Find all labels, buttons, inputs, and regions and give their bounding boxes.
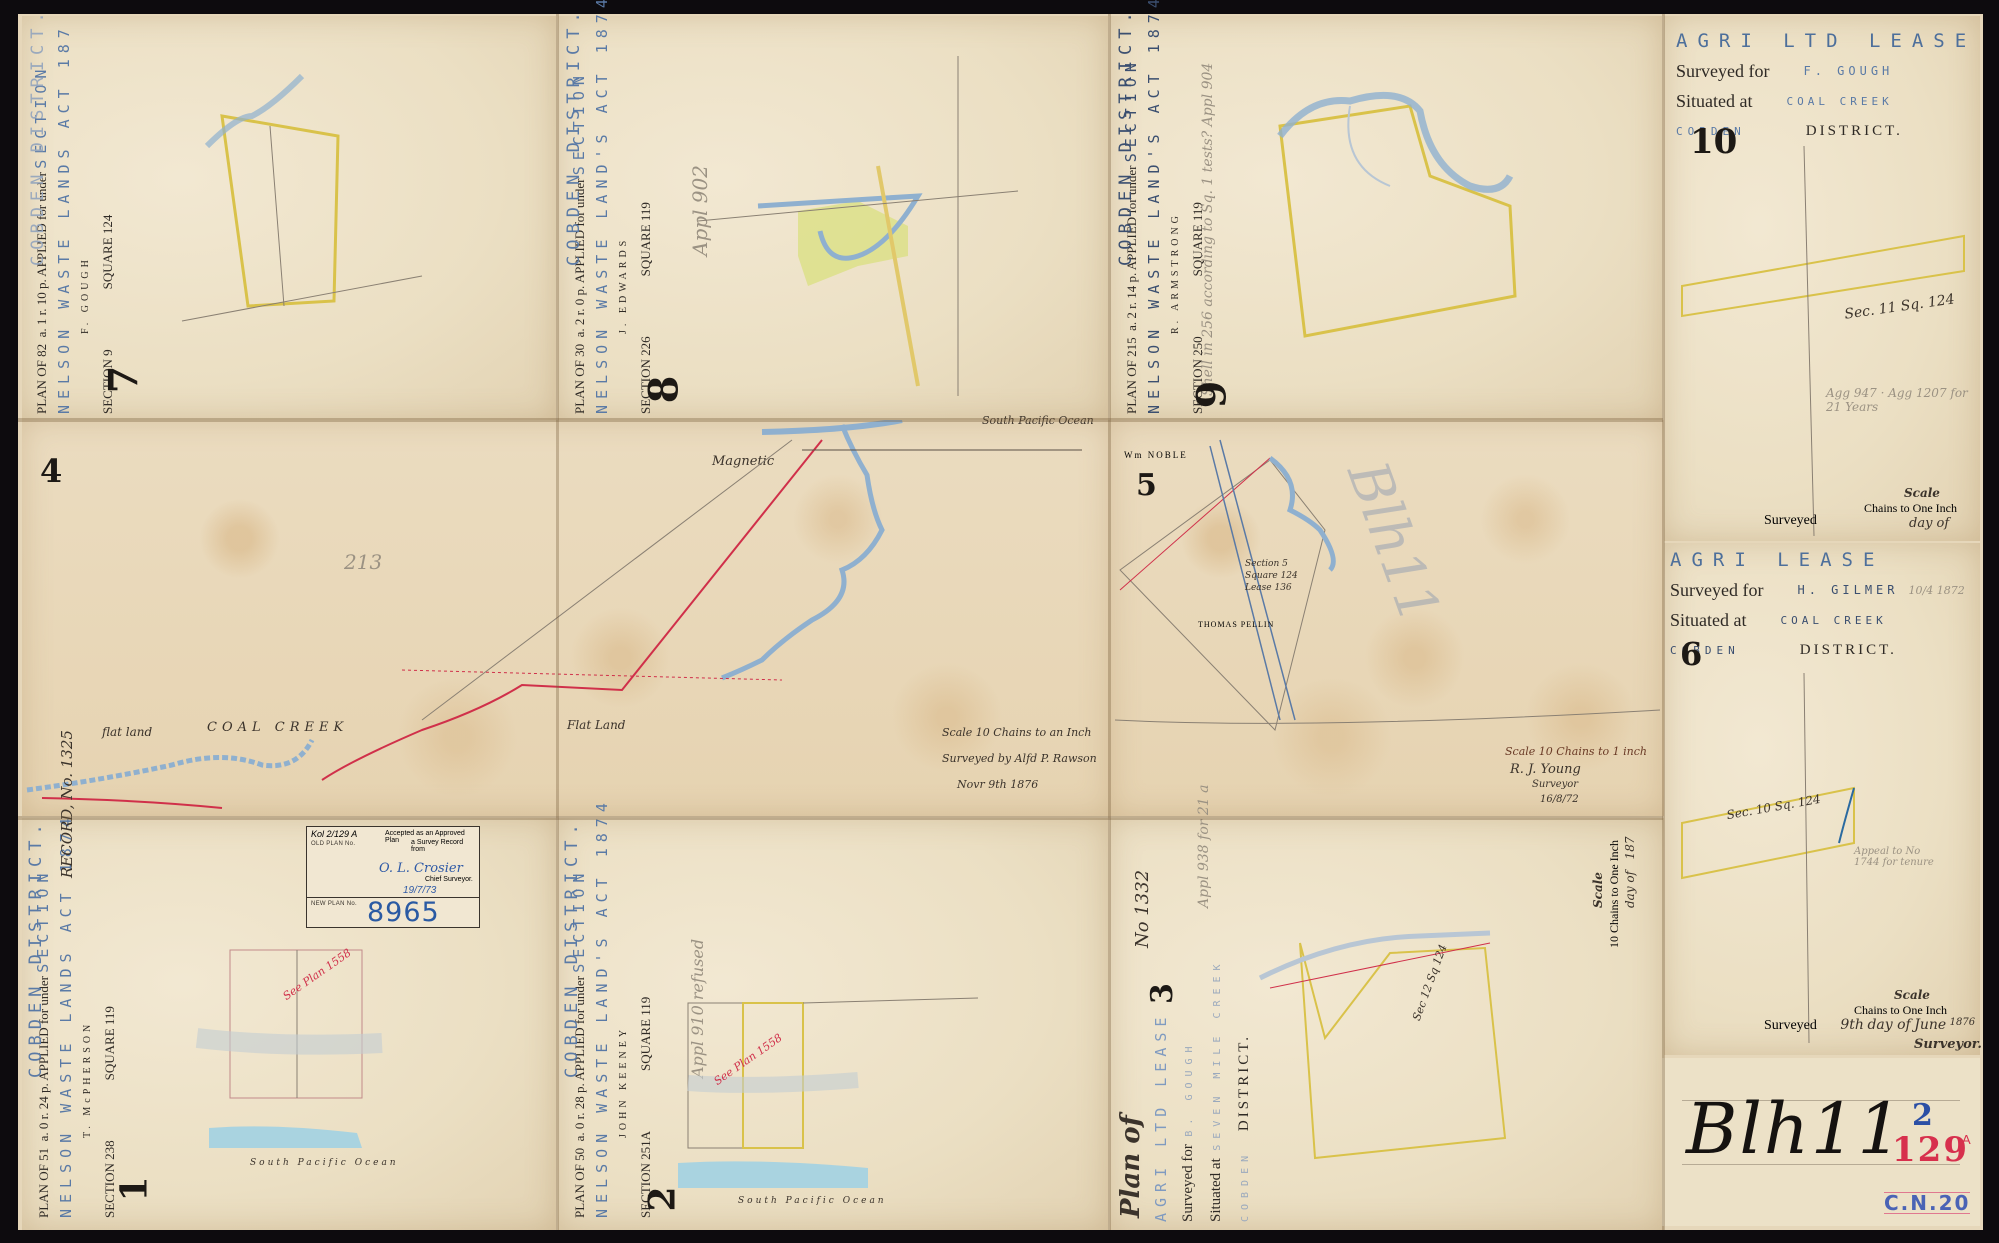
sheet-3-scale: Scale 10 Chains to One Inch day of 187 bbox=[1590, 837, 1638, 948]
sheet-2: PLAN OF 50 a. 0 r. 28 p. APPLIED for und… bbox=[558, 818, 1108, 1230]
sheet-3: No 1332 Plan of AGRI LTD LEASE Surveyed … bbox=[1110, 818, 1664, 1230]
fold-line bbox=[18, 816, 1663, 820]
sheet-2-ocean: South Pacific Ocean bbox=[738, 1196, 887, 1206]
sheet-10-plot bbox=[1664, 16, 1980, 541]
sheet-6-year: 1876 bbox=[1950, 1017, 1975, 1028]
sheet-10-scale-text: Chains to One Inch bbox=[1864, 501, 1957, 515]
sheet-2-plot bbox=[558, 818, 1108, 1230]
fold-line bbox=[556, 14, 559, 1230]
sheet-6-scale-text: Chains to One Inch bbox=[1854, 1003, 1947, 1017]
catalogue-suffix: A bbox=[1962, 1132, 1971, 1147]
acceptance-date: 19/7/73 bbox=[403, 885, 436, 896]
sheet-6-plot bbox=[1664, 543, 1980, 1055]
sheet-4-date: Novr 9th 1876 bbox=[942, 772, 1097, 798]
sheet-5-date: 16/8/72 bbox=[1510, 792, 1581, 807]
catalogue-main-code: Blh11 bbox=[1686, 1088, 1904, 1170]
catalogue-number-bottom: 129 bbox=[1892, 1130, 1969, 1170]
accepted-text-2: a Survey Record from bbox=[411, 839, 479, 853]
sheet-10-pencil-note: Agg 947 · Agg 1207 for 21 Years bbox=[1826, 386, 1980, 414]
sheet-1-ocean: South Pacific Ocean bbox=[250, 1158, 399, 1168]
sheet-8-plot bbox=[558, 16, 1108, 420]
fold-line bbox=[1108, 14, 1111, 1230]
sheet-10-scale: ScaleChains to One Inch bbox=[1864, 486, 1957, 516]
sheet-6-day-of: day of bbox=[1867, 1017, 1910, 1033]
sheet-10: AGRI LTD LEASE Surveyed forF. GOUGH Situ… bbox=[1664, 16, 1980, 541]
sheet-6-scale-label: Scale bbox=[1854, 988, 1930, 1002]
sheet-3-day-of: day of bbox=[1623, 871, 1637, 908]
sheet-6-surveyed-label: Surveyed bbox=[1764, 1018, 1817, 1033]
sheet-4-survey-note: Scale 10 Chains to an Inch Surveyed by A… bbox=[942, 720, 1097, 798]
sheet-9: PLAN OF 215 a. 2 r. 14 p. APPLIED for un… bbox=[1110, 16, 1662, 420]
sheet-6-day: 9th bbox=[1840, 1017, 1864, 1033]
sheet-3-scale-text: 10 Chains to One Inch bbox=[1606, 837, 1622, 948]
catalogue-stamp: C.N.20 bbox=[1884, 1192, 1970, 1214]
sheet-4-label-flat-land: flat land bbox=[102, 725, 152, 739]
sheet-6-surveyed-line: Surveyed 9th day of June 1876 bbox=[1764, 1017, 1975, 1034]
sheet-5-title: Surveyor bbox=[1510, 777, 1581, 792]
sheet-3-scale-label: Scale bbox=[1590, 837, 1606, 948]
sheet-3-year: 187 bbox=[1623, 837, 1637, 860]
sheet-4: 4 Magnetic 213 flat land COAL CREEK Sout… bbox=[22, 420, 1110, 816]
sheet-4-label-creek: COAL CREEK bbox=[207, 720, 348, 735]
old-plan-value: Kol 2/129 A bbox=[311, 829, 357, 839]
chief-surveyor-signature: O. L. Crosier bbox=[379, 861, 463, 876]
sheet-4-scale-note: Scale 10 Chains to an Inch bbox=[942, 720, 1097, 746]
sheet-6-surveyor: Surveyor. bbox=[1914, 1037, 1982, 1052]
sheet-10-surveyed: Surveyed bbox=[1764, 513, 1817, 529]
new-plan-label: NEW PLAN No. bbox=[311, 901, 357, 907]
sheet-5-section-label: Section 5 Square 124 Lease 136 bbox=[1245, 558, 1315, 594]
sheet-10-day-of: day of bbox=[1909, 516, 1949, 531]
sheet-3-day-of-line: day of 187 bbox=[1622, 837, 1638, 948]
fold-line bbox=[18, 418, 1663, 422]
sheet-9-plot bbox=[1110, 16, 1662, 420]
sheet-6-pencil-note: Appeal to No 1744 for tenure bbox=[1854, 846, 1944, 868]
sheet-6: AGRI LEASE Surveyed forH. GILMER10/4 187… bbox=[1664, 543, 1980, 1055]
catalogue-number-top: 2 bbox=[1912, 1098, 1933, 1133]
sheet-7-plot bbox=[22, 16, 556, 420]
sheet-6-scale: ScaleChains to One Inch bbox=[1854, 988, 1947, 1018]
plan-acceptance-stamp: Kol 2/129 A OLD PLAN No. Accepted as an … bbox=[306, 826, 480, 928]
sheet-7: PLAN OF 82 a. 1 r. 10 p. APPLIED for und… bbox=[22, 16, 556, 420]
sheet-5-signature-block: R. J. Young Surveyor 16/8/72 bbox=[1510, 762, 1581, 807]
sheet-6-month: June bbox=[1914, 1017, 1946, 1033]
old-plan-label: OLD PLAN No. bbox=[311, 841, 355, 847]
sheet-5-signature: R. J. Young bbox=[1510, 762, 1581, 777]
sheet-8: PLAN OF 30 a. 2 r. 0 p. APPLIED for unde… bbox=[558, 16, 1108, 420]
catalogue-label: Blh11 2 129 A C.N.20 bbox=[1662, 1058, 1980, 1226]
sheet-4-surveyed-by: Surveyed by Alfd P. Rawson bbox=[942, 746, 1097, 772]
sheet-5-owner: THOMAS PELLIN bbox=[1198, 620, 1274, 629]
sheet-4-label-flat-land-2: Flat Land bbox=[567, 718, 626, 732]
chief-surveyor-label: Chief Surveyor. bbox=[425, 876, 473, 883]
fold-line bbox=[1662, 14, 1665, 1230]
sheet-5-scale-note: Scale 10 Chains to 1 inch bbox=[1505, 745, 1647, 758]
sheet-5: Wm NOBLE 5 Blh11 Section 5 Square 124 Le… bbox=[1110, 420, 1664, 816]
sheet-3-plot bbox=[1110, 818, 1664, 1230]
sheet-10-scale-label: Scale bbox=[1864, 486, 1940, 500]
new-plan-number: 8965 bbox=[367, 897, 440, 928]
